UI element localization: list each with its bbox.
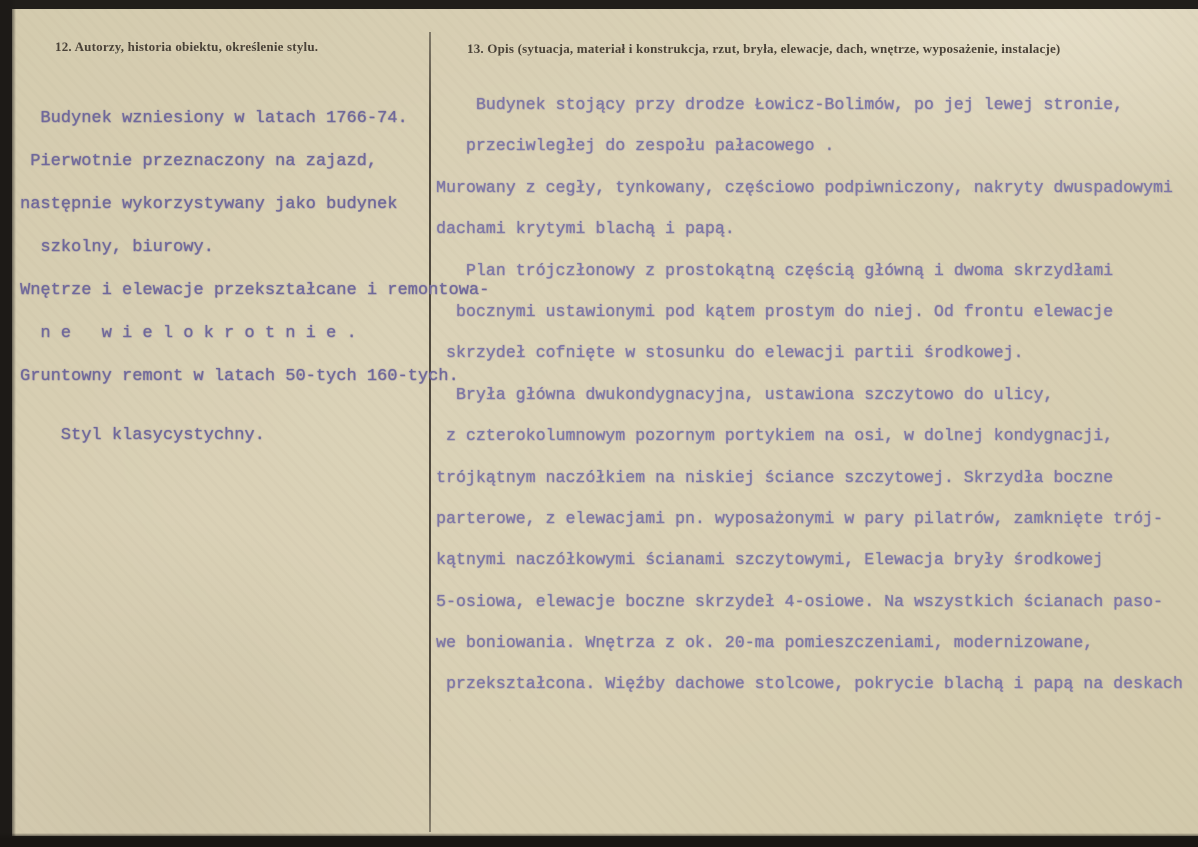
typed-line: n e w i e l o k r o t n i e . (20, 324, 489, 367)
typed-line: z czterokolumnowym pozornym portykiem na… (436, 426, 1183, 467)
typed-line: we boniowania. Wnętrza z ok. 20-ma pomie… (436, 633, 1183, 674)
typed-line: przekształcona. Więźby dachowe stolcowe,… (436, 674, 1183, 715)
typed-line: Budynek stojący przy drodze Łowicz-Bolim… (436, 95, 1183, 136)
typed-line: Bryła główna dwukondygnacyjna, ustawiona… (436, 385, 1183, 426)
section-13-typed-text: Budynek stojący przy drodze Łowicz-Bolim… (436, 95, 1183, 716)
typed-line: Murowany z cegły, tynkowany, częściowo p… (436, 178, 1183, 219)
typed-line: parterowe, z elewacjami pn. wyposażonymi… (436, 509, 1183, 550)
typed-line: Styl klasycystychny. (20, 426, 489, 469)
typed-line: następnie wykorzystywany jako budynek (20, 195, 489, 238)
typed-line: Pierwotnie przeznaczony na zajazd, (20, 152, 489, 195)
typed-line: Wnętrze i elewacje przekształcane i remo… (20, 281, 489, 324)
typed-line: Budynek wzniesiony w latach 1766-74. (20, 109, 489, 152)
section-12-typed-text: Budynek wzniesiony w latach 1766-74. Pie… (20, 109, 489, 469)
typed-line: przeciwległej do zespołu pałacowego . (436, 136, 1183, 177)
scanned-document: 12. Autorzy, historia obiektu, określeni… (0, 0, 1198, 847)
section-13-header: 13. Opis (sytuacja, materiał i konstrukc… (467, 41, 1060, 57)
section-12-header: 12. Autorzy, historia obiektu, określeni… (55, 39, 318, 55)
typed-line: szkolny, biurowy. (20, 238, 489, 281)
typed-line: dachami krytymi blachą i papą. (436, 219, 1183, 260)
paper-sheet: 12. Autorzy, historia obiektu, określeni… (12, 9, 1198, 836)
typed-line: Gruntowny remont w latach 50-tych 160-ty… (20, 367, 489, 410)
typed-line: trójkątnym naczółkiem na niskiej ściance… (436, 468, 1183, 509)
typed-line: Plan trójczłonowy z prostokątną częścią … (436, 261, 1183, 302)
typed-line: skrzydeł cofnięte w stosunku do elewacji… (436, 343, 1183, 384)
typed-line: kątnymi naczółkowymi ścianami szczytowym… (436, 550, 1183, 591)
typed-line: 5-osiowa, elewacje boczne skrzydeł 4-osi… (436, 592, 1183, 633)
typed-line: bocznymi ustawionymi pod kątem prostym d… (436, 302, 1183, 343)
